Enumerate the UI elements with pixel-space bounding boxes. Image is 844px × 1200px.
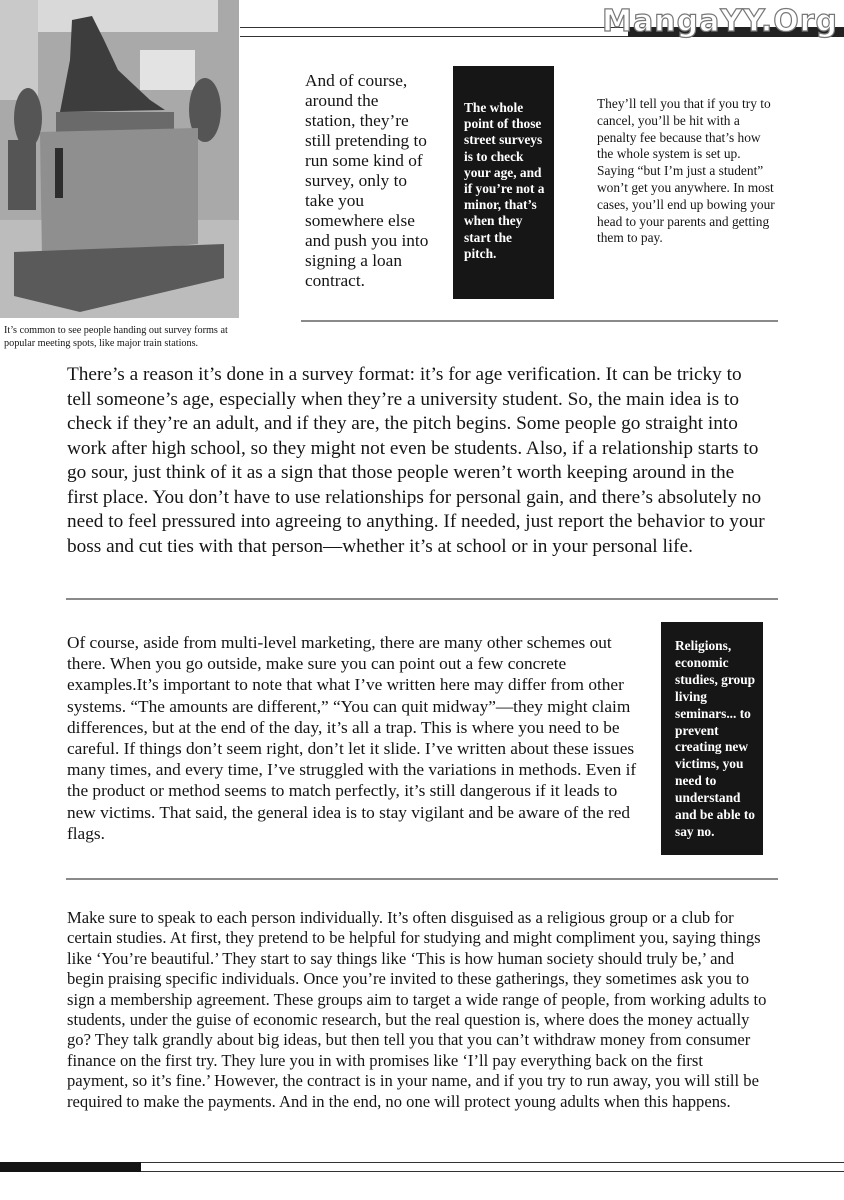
divider-rule (66, 598, 778, 600)
callout-box-survey: The whole point of those street surveys … (453, 66, 554, 299)
photo-caption: It’s common to see people handing out su… (4, 324, 244, 350)
paragraph-other-schemes: Of course, aside from multi-level market… (67, 632, 647, 844)
side-text-cancel-penalty: They’ll tell you that if you try to canc… (597, 96, 775, 247)
callout-box-say-no: Religions, economic studies, group livin… (661, 622, 763, 855)
footer-dark-bar (0, 1162, 141, 1172)
paragraph-age-verification: There’s a reason it’s done in a survey f… (67, 363, 767, 559)
statue-photo (0, 0, 239, 318)
watermark-logo: MangaYY.Org (602, 4, 838, 39)
divider-rule (66, 878, 778, 880)
callout-text: The whole point of those street surveys … (464, 100, 544, 261)
lead-text: And of course, around the station, they’… (305, 71, 430, 291)
statue-photo-image (0, 0, 239, 318)
paragraph-speak-individually: Make sure to speak to each person indivi… (67, 908, 767, 1112)
callout-text: Religions, economic studies, group livin… (675, 638, 755, 839)
divider-rule (301, 320, 778, 322)
